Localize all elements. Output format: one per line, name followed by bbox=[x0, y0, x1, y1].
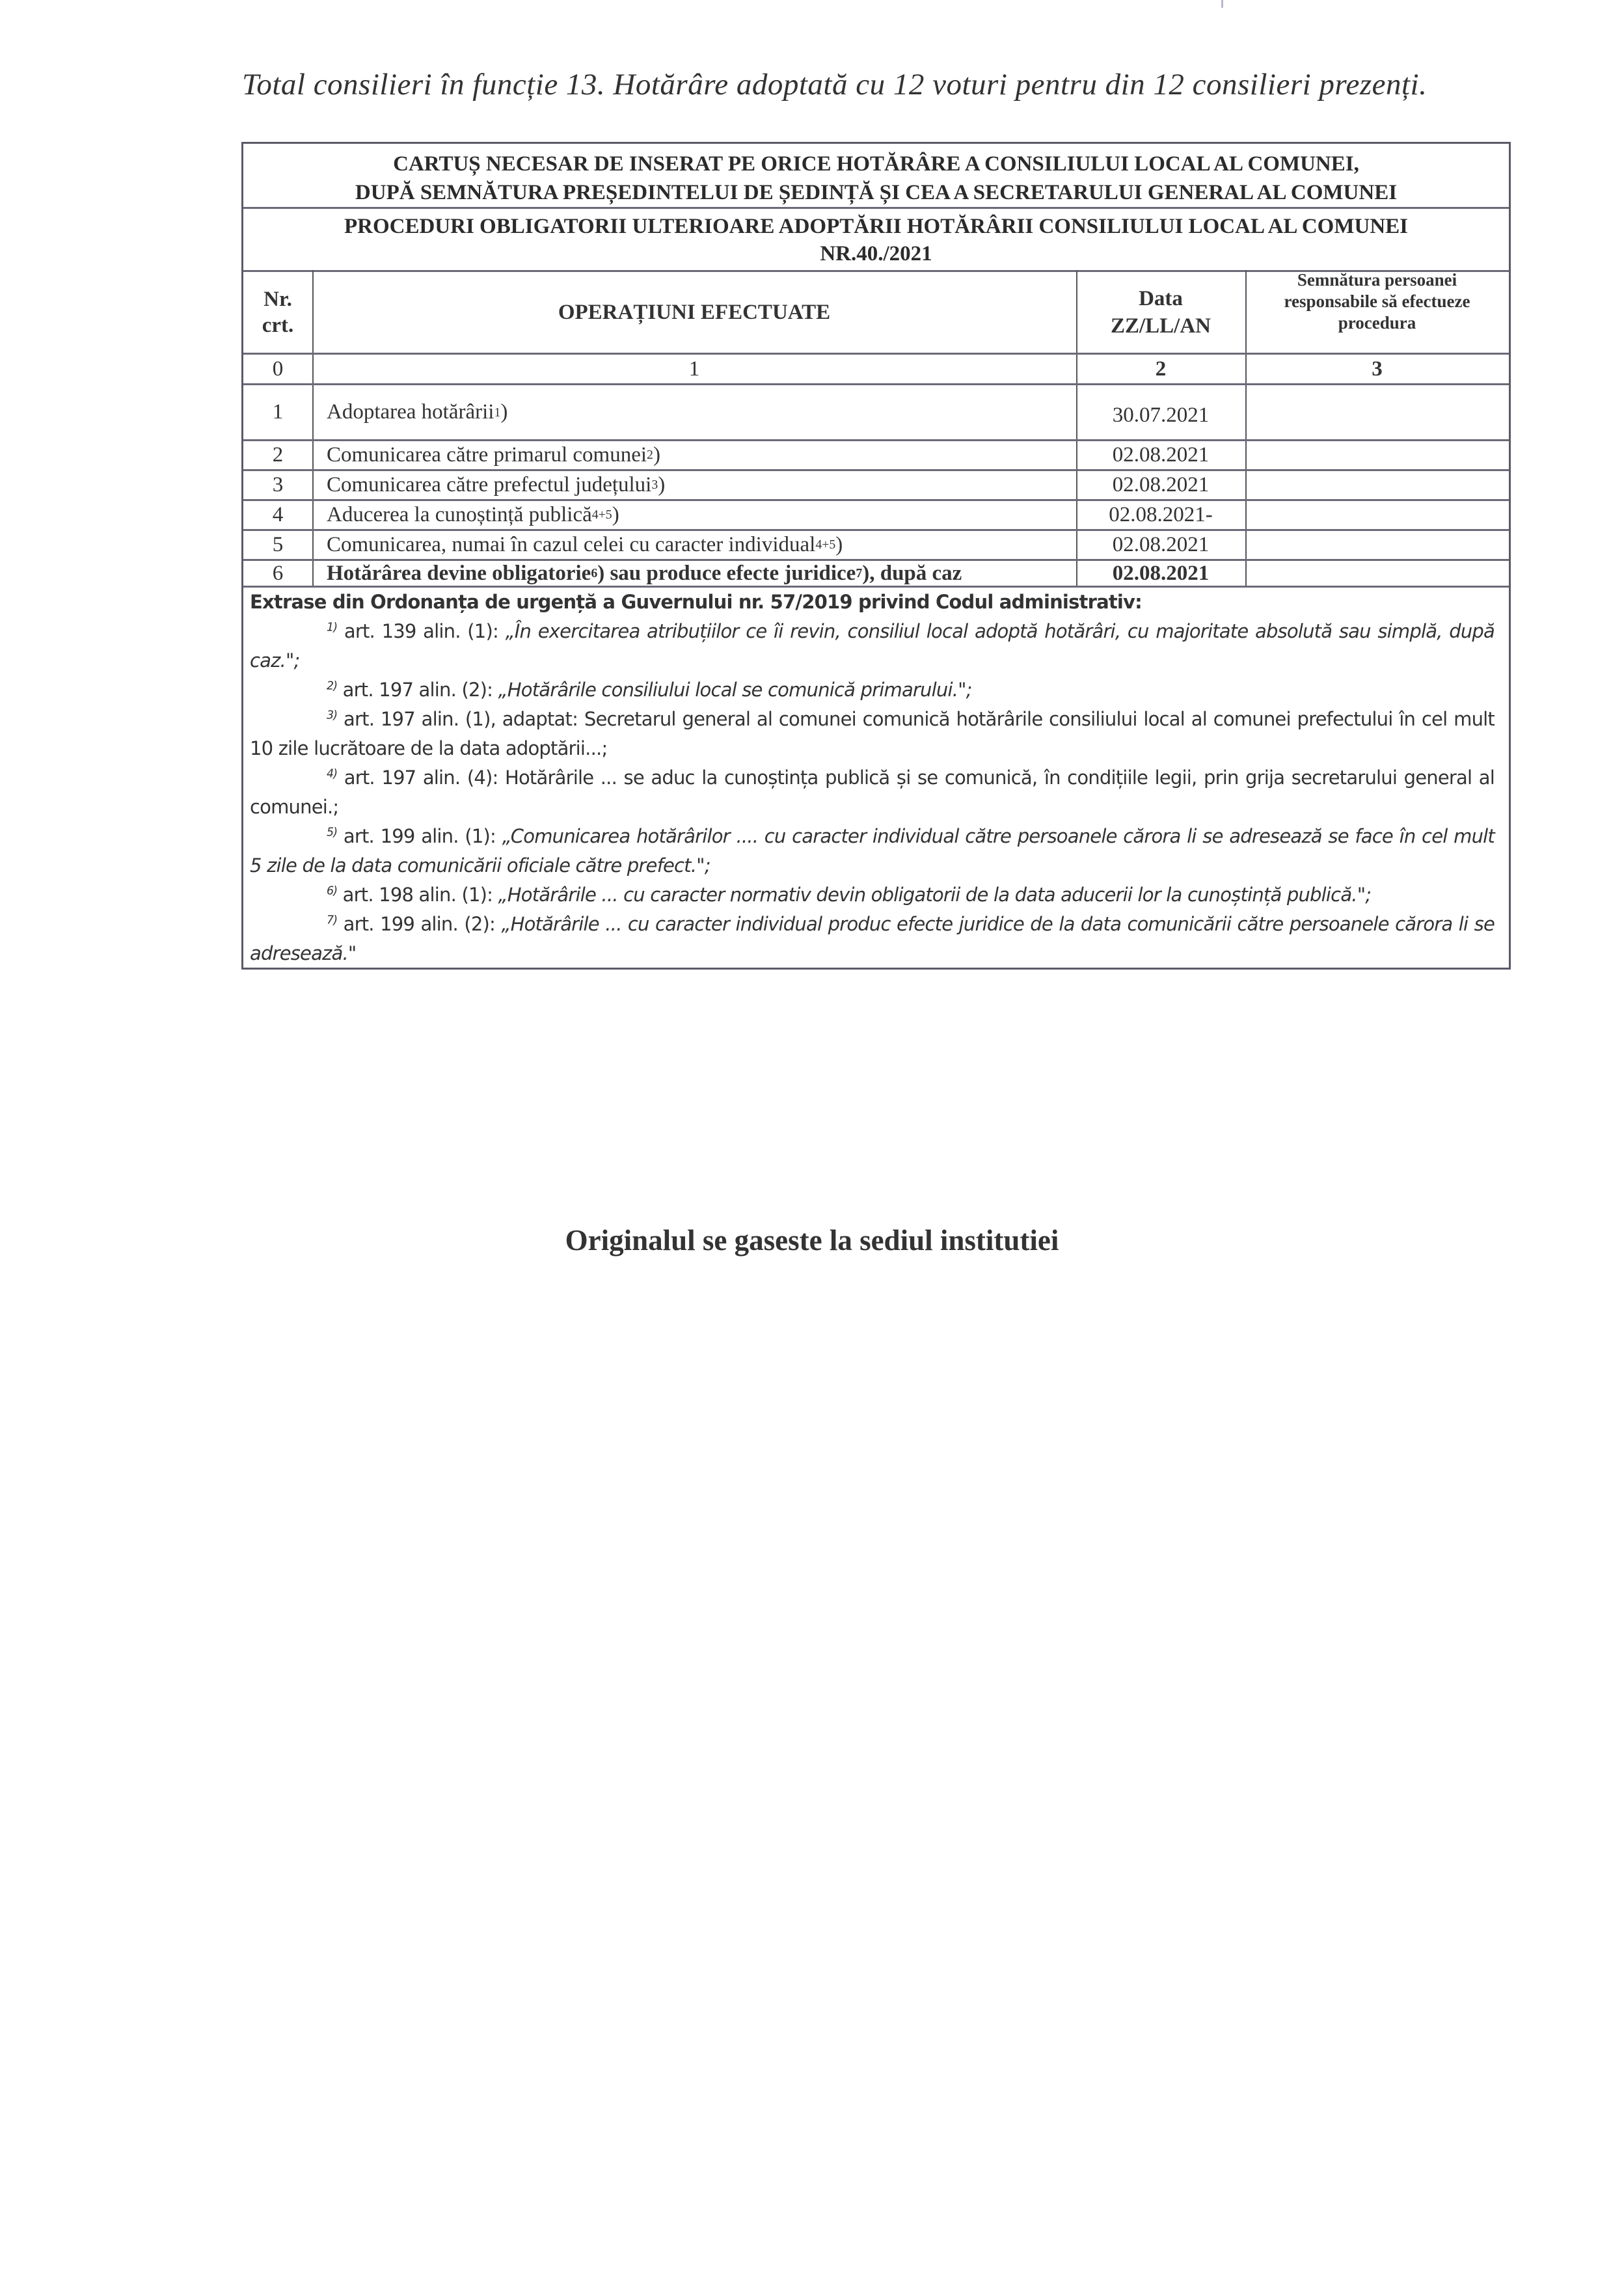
scan-artifact bbox=[1221, 0, 1223, 8]
row-5-signature bbox=[1245, 530, 1509, 559]
footnote-6: 6) art. 198 alin. (1): „Hotărârile ... c… bbox=[250, 880, 1495, 910]
footnote-3: 3) art. 197 alin. (1), adaptat: Secretar… bbox=[250, 705, 1495, 763]
footnote-mark: 3) bbox=[327, 709, 337, 722]
divider bbox=[243, 207, 1509, 209]
column-number-0: 0 bbox=[243, 355, 312, 383]
header-date: DataZZ/LL/AN bbox=[1076, 272, 1245, 353]
footnote-1: 1) art. 139 alin. (1): „În exercitarea a… bbox=[250, 617, 1495, 675]
header-signature: Semnătura persoaneiresponsabile să efect… bbox=[1245, 269, 1509, 353]
legal-footnotes: Extrase din Ordonanța de urgență a Guver… bbox=[250, 588, 1495, 968]
row-3-operation: Comunicarea către prefectul județului3) bbox=[312, 470, 1076, 499]
footnote-mark: 1) bbox=[327, 621, 337, 634]
row-2-operation: Comunicarea către primarul comunei2) bbox=[312, 441, 1076, 469]
council-vote-summary: Total consilieri în funcție 13. Hotărâre… bbox=[242, 65, 1465, 104]
row-1-date: 30.07.2021 bbox=[1076, 385, 1245, 439]
table-title-line-2: DUPĂ SEMNĂTURA PREȘEDINTELUI DE ȘEDINȚĂ … bbox=[243, 178, 1509, 208]
column-number-3: 3 bbox=[1245, 355, 1509, 383]
row-3-signature bbox=[1245, 470, 1509, 499]
footnote-4: 4) art. 197 alin. (4): Hotărârile ... se… bbox=[250, 763, 1495, 822]
row-4-operation: Aducerea la cunoștință publică4+5) bbox=[312, 500, 1076, 529]
header-nr-crt: Nr.crt. bbox=[243, 272, 312, 353]
footnote-mark: 6) bbox=[327, 884, 337, 897]
row-6-signature bbox=[1245, 560, 1509, 586]
row-4-date: 02.08.2021- bbox=[1076, 500, 1245, 529]
footnote-mark: 5) bbox=[327, 826, 337, 839]
row-6-operation: Hotărârea devine obligatorie6) sau produ… bbox=[312, 560, 1076, 586]
row-6-nr: 6 bbox=[243, 560, 312, 586]
footnote-2: 2) art. 197 alin. (2): „Hotărârile consi… bbox=[250, 675, 1495, 705]
footnotes-heading: Extrase din Ordonanța de urgență a Guver… bbox=[250, 588, 1495, 617]
header-operations: OPERAȚIUNI EFECTUATE bbox=[312, 272, 1076, 353]
row-2-signature bbox=[1245, 441, 1509, 469]
footnote-7: 7) art. 199 alin. (2): „Hotărârile ... c… bbox=[250, 910, 1495, 968]
row-6-date: 02.08.2021 bbox=[1076, 560, 1245, 586]
table-subtitle-number: NR.40./2021 bbox=[243, 239, 1509, 269]
row-4-signature bbox=[1245, 500, 1509, 529]
table-title-line-1: CARTUȘ NECESAR DE INSERAT PE ORICE HOTĂR… bbox=[243, 149, 1509, 179]
row-5-nr: 5 bbox=[243, 530, 312, 559]
table-subtitle-line-1: PROCEDURI OBLIGATORII ULTERIOARE ADOPTĂR… bbox=[243, 211, 1509, 241]
row-3-date: 02.08.2021 bbox=[1076, 470, 1245, 499]
footnote-5: 5) art. 199 alin. (1): „Comunicarea hotă… bbox=[250, 822, 1495, 880]
row-2-date: 02.08.2021 bbox=[1076, 441, 1245, 469]
procedures-table: CARTUȘ NECESAR DE INSERAT PE ORICE HOTĂR… bbox=[241, 142, 1511, 970]
row-1-signature bbox=[1245, 385, 1509, 439]
row-5-date: 02.08.2021 bbox=[1076, 530, 1245, 559]
row-2-nr: 2 bbox=[243, 441, 312, 469]
row-3-nr: 3 bbox=[243, 470, 312, 499]
row-4-nr: 4 bbox=[243, 500, 312, 529]
row-1-nr: 1 bbox=[243, 385, 312, 439]
footnote-mark: 7) bbox=[327, 914, 337, 927]
footnotes-list: 1) art. 139 alin. (1): „În exercitarea a… bbox=[250, 617, 1495, 968]
column-number-1: 1 bbox=[312, 355, 1076, 383]
column-number-2: 2 bbox=[1076, 355, 1245, 383]
footnote-mark: 2) bbox=[327, 679, 337, 692]
row-1-operation: Adoptarea hotărârii1) bbox=[312, 385, 1076, 439]
footnote-mark: 4) bbox=[327, 767, 337, 780]
original-location-note: Originalul se gaseste la sediul institut… bbox=[0, 1223, 1624, 1257]
row-5-operation: Comunicarea, numai în cazul celei cu car… bbox=[312, 530, 1076, 559]
